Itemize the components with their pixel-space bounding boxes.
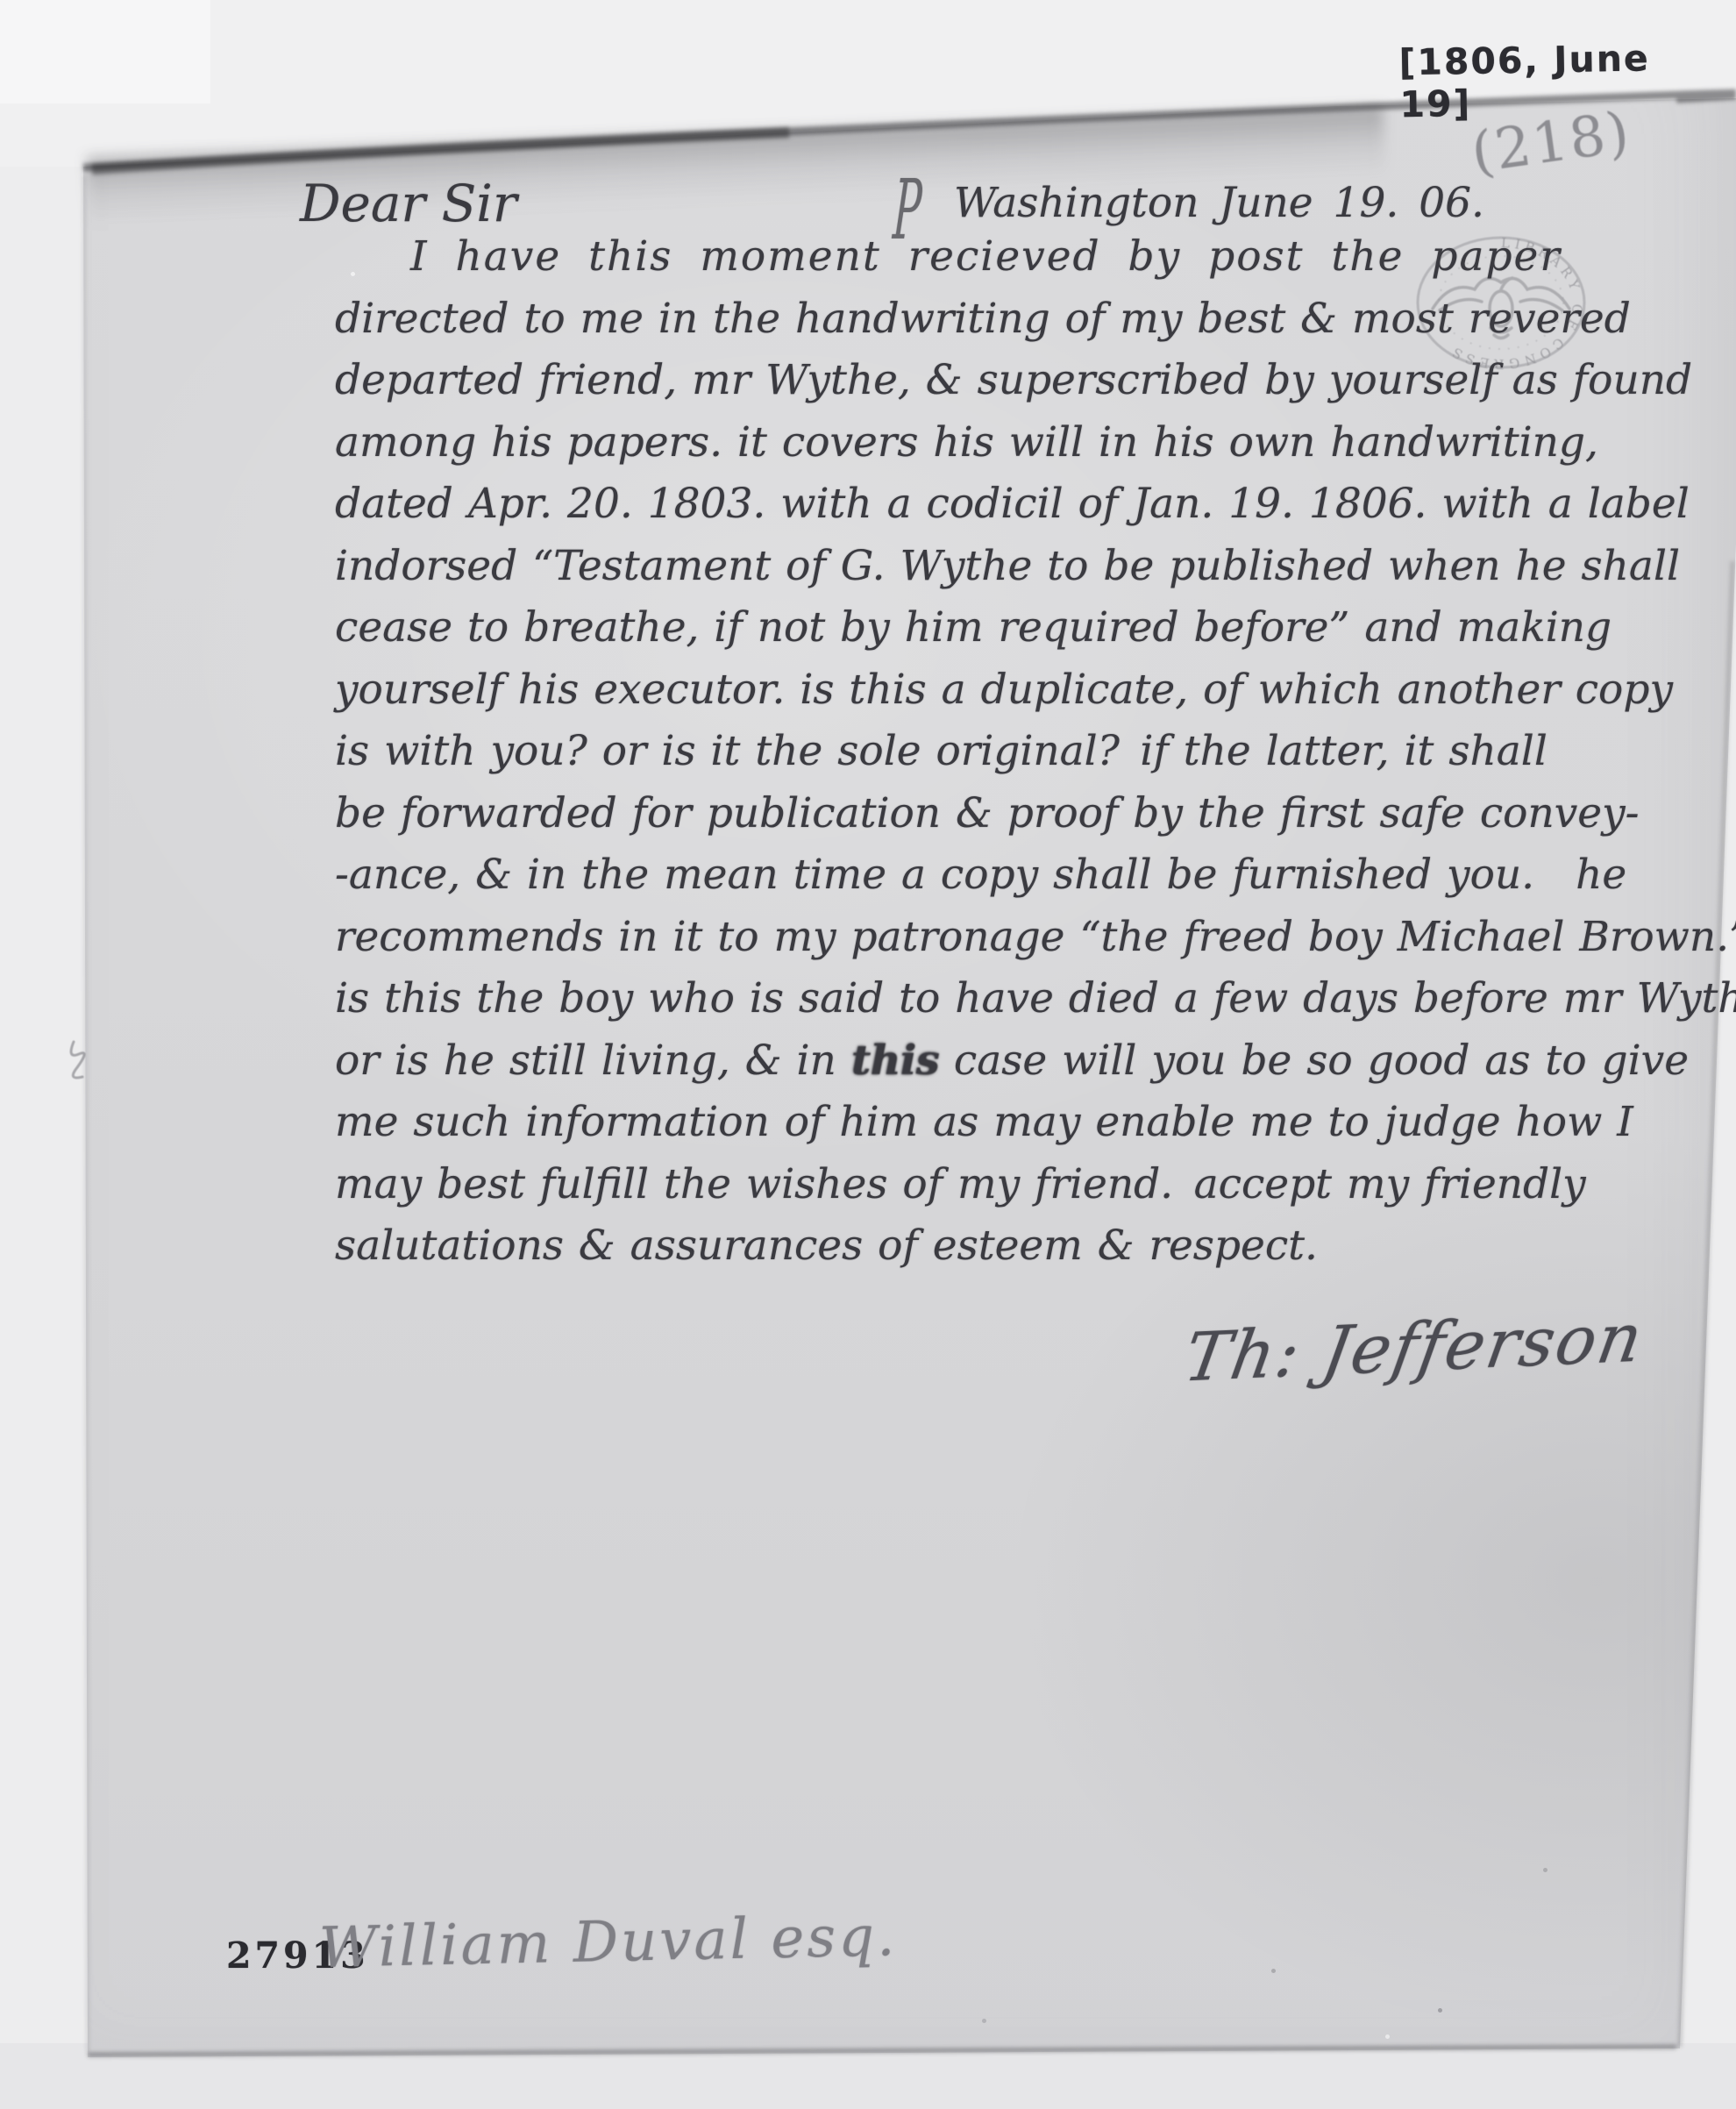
letter-line: or is he still living, & in this case wi… bbox=[335, 1030, 1668, 1093]
letter-line: departed friend, mr Wythe, & superscribe… bbox=[335, 350, 1668, 412]
letter-line: recommends in it to my patronage “the fr… bbox=[335, 907, 1668, 969]
letter-line: salutations & assurances of esteem & res… bbox=[335, 1215, 1668, 1278]
line-text: case will you be so good as to give bbox=[939, 1037, 1689, 1085]
letter-body: I have this moment recieved by post the … bbox=[335, 226, 1668, 1278]
letter-line: indorsed “Testament of G. Wythe to be pu… bbox=[335, 536, 1668, 598]
letter-line: dated Apr. 20. 1803. with a codicil of J… bbox=[335, 474, 1668, 536]
letter-line: is with you? or is it the sole original?… bbox=[335, 721, 1668, 783]
scan-backing-corner bbox=[0, 0, 210, 103]
letter-line: be forwarded for publication & proof by … bbox=[335, 783, 1668, 845]
margin-mark bbox=[65, 1037, 96, 1098]
letter-line: may best fulfill the wishes of my friend… bbox=[335, 1154, 1668, 1216]
addressee-line: William Duval esq. bbox=[318, 1904, 898, 1981]
letter-line: -ance, & in the mean time a copy shall b… bbox=[335, 844, 1668, 907]
letter-line: is this the boy who is said to have died… bbox=[335, 968, 1668, 1030]
salutation: Dear Sir bbox=[300, 174, 517, 233]
letter-line: me such information of him as may enable… bbox=[335, 1092, 1668, 1154]
letter-line: I have this moment recieved by post the … bbox=[335, 226, 1668, 289]
scanned-letter-page: [1806, June 19] (218) Dear Sir P Washing… bbox=[0, 0, 1736, 2109]
line-text: or is he still living, & in bbox=[335, 1037, 851, 1085]
letter-line: cease to breathe, if not by him required… bbox=[335, 597, 1668, 659]
dateline: Washington June 19. 06. bbox=[954, 179, 1484, 227]
paper-speckles bbox=[1438, 2008, 1442, 2013]
letter-line: yourself his executor. is this a duplica… bbox=[335, 659, 1668, 722]
letter-line: among his papers. it covers his will in … bbox=[335, 412, 1668, 474]
letter-line: directed to me in the handwriting of my … bbox=[335, 289, 1668, 351]
struck-word: this bbox=[851, 1037, 939, 1085]
